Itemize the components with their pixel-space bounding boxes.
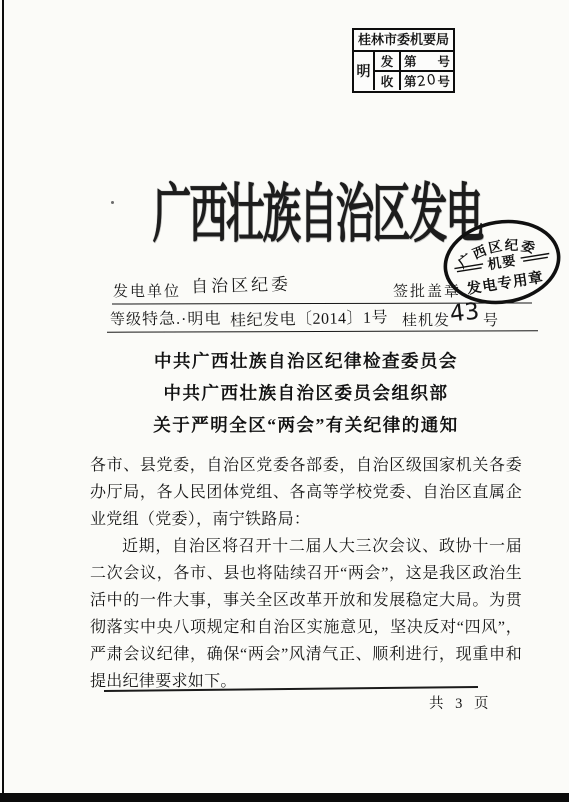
scanned-document-page: 桂林市委机要局 明 发 第 号 收 第 20 号 <box>0 0 569 802</box>
registry-incoming-prefix: 第 <box>404 72 417 90</box>
registry-incoming-label: 收 <box>375 72 401 90</box>
registry-outgoing-prefix: 第 <box>404 52 417 70</box>
page-count: 共 3 页 <box>429 692 493 713</box>
grade-value-handwritten: 特急. <box>142 306 181 330</box>
document-headings: 中共广西壮族自治区纪律检查委员会 中共广西壮族自治区委员会组织部 关于严明全区“… <box>90 345 522 441</box>
sender-value-handwritten: 自治区纪委 <box>191 270 292 298</box>
document-number-handwritten: 桂纪发电〔2014〕1号 <box>230 304 388 330</box>
document-body: 各市、县党委，自治区党委各部委，自治区级国家机关各委办厅局，各人民团体党组、各高… <box>90 452 522 695</box>
serial-label: 桂机发 <box>402 309 450 330</box>
transmission-mode: ·明电 <box>181 306 222 330</box>
serial-suffix: 号 <box>483 309 498 330</box>
registry-row-outgoing: 发 第 号 <box>375 52 453 72</box>
masthead-title: 广西壮族自治区发电 <box>153 163 482 255</box>
registry-incoming-suffix: 号 <box>437 72 450 90</box>
grade-label: 等级 <box>110 308 142 329</box>
meta-row-grade: 等级 特急. ·明电 桂纪发电〔2014〕1号 <box>110 306 388 329</box>
registry-outgoing-label: 发 <box>375 52 401 70</box>
scan-edge-left <box>2 0 4 802</box>
heading-subject: 关于严明全区“两会”有关纪律的通知 <box>90 409 522 441</box>
heading-issuer-2: 中共广西壮族自治区委员会组织部 <box>90 377 522 409</box>
registry-stamp-box: 桂林市委机要局 明 发 第 号 收 第 20 号 <box>352 28 455 93</box>
registry-stamp-title: 桂林市委机要局 <box>354 30 453 52</box>
registry-incoming-number: 20 <box>416 72 438 91</box>
serial-value-handwritten: 43 <box>449 299 481 328</box>
scan-edge-bottom <box>0 793 569 802</box>
registry-row-incoming: 收 第 20 号 <box>375 72 453 90</box>
registry-stamp-grid: 明 发 第 号 收 第 20 号 <box>354 52 453 90</box>
sign-stamp-label: 签批盖章 <box>393 280 461 301</box>
meta-rule-2 <box>107 330 538 333</box>
sender-label: 发电单位 <box>113 280 181 301</box>
heading-issuer-1: 中共广西壮族自治区纪律检查委员会 <box>90 345 522 377</box>
registry-outgoing-suffix: 号 <box>437 52 450 70</box>
body-paragraph-recipients: 各市、县党委，自治区党委各部委，自治区级国家机关各委办厅局，各人民团体党组、各高… <box>90 452 522 533</box>
body-paragraph-intro: 近期，自治区将召开十二届人大三次会议、政协十一届二次会议，各市、县也将陆续召开“… <box>90 533 522 695</box>
registry-ming-cell: 明 <box>354 52 375 90</box>
